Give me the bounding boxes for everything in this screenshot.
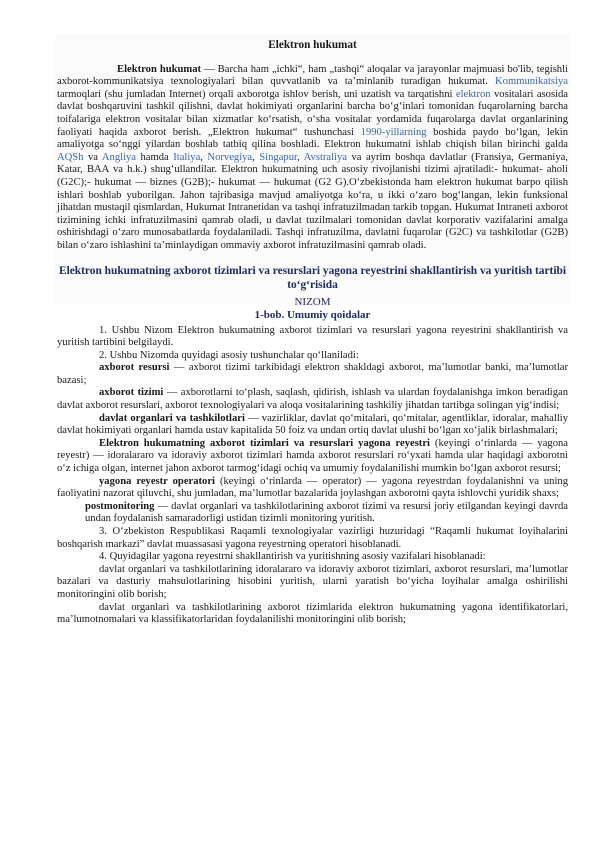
definition-term: yagona reyestr operatori xyxy=(99,476,215,487)
intro-link[interactable]: Angliya xyxy=(102,152,136,163)
definition-paragraph: axborot tizimi — axborotlarni to‘plash, … xyxy=(57,387,568,412)
intro-link[interactable]: Kommunikatsiya xyxy=(495,76,568,87)
definition-text: 1. Ushbu Nizom Elektron hukumatning axbo… xyxy=(57,325,568,349)
definition-paragraph: 2. Ushbu Nizomda quyidagi asosiy tushunc… xyxy=(57,350,568,363)
intro-text: — Barcha ham „ichki“, ham „tashqi“ aloqa… xyxy=(57,64,568,251)
intro-text-segment: tarmoqlari (shu jumladan Internet) orqal… xyxy=(57,89,456,100)
definition-term: davlat organlari va tashkilotlari xyxy=(99,413,245,424)
definition-term: axborot tizimi xyxy=(99,387,163,398)
intro-link[interactable]: elektron xyxy=(456,89,491,100)
provision-paragraph: davlat organlari va tashkilotlarining id… xyxy=(57,564,568,602)
intro-link[interactable]: AQSh xyxy=(57,152,84,163)
definition-paragraph: Elektron hukumatning axborot tizimlari v… xyxy=(57,438,568,476)
chapter-title: 1-bob. Umumiy qoidalar xyxy=(57,309,568,322)
provision-paragraph: davlat organlari va tashkilotlarining ax… xyxy=(57,602,568,627)
definition-paragraph: 1. Ushbu Nizom Elektron hukumatning axbo… xyxy=(57,325,568,350)
intro-link[interactable]: Avstraliya xyxy=(304,152,347,163)
intro-link[interactable]: 1990-yillarning xyxy=(361,127,427,138)
intro-text-segment: hamda xyxy=(136,152,173,163)
definition-text: 2. Ushbu Nizomda quyidagi asosiy tushunc… xyxy=(99,350,359,361)
intro-paragraph: Elektron hukumat — Barcha ham „ichki“, h… xyxy=(57,64,568,253)
postmonitoring-paragraph: postmonitoring — davlat organlari va tas… xyxy=(85,501,568,526)
provision-paragraph: 4. Quyidagilar yagona reyestrni shakllan… xyxy=(57,551,568,564)
intro-link[interactable]: Singapur xyxy=(259,152,297,163)
document-content: Elektron hukumat Elektron hukumat — Barc… xyxy=(57,36,568,627)
definition-term: axborot resursi xyxy=(99,362,169,373)
definition-paragraph: yagona reyestr operatori (keyingi o‘rinl… xyxy=(57,476,568,501)
postmonitoring-term: postmonitoring xyxy=(85,501,154,512)
intro-link[interactable]: Norvegiya xyxy=(207,152,252,163)
provision-paragraph: 3. O‘zbekiston Respublikasi Raqamli texn… xyxy=(57,526,568,551)
intro-text-segment: va ayrim boshqa davlatlar (Fransiya, Ger… xyxy=(57,152,568,251)
definition-paragraph: axborot resursi — axborot tizimi tarkibi… xyxy=(57,362,568,387)
intro-link[interactable]: Italiya xyxy=(173,152,200,163)
definitions-list: 1. Ushbu Nizom Elektron hukumatning axbo… xyxy=(57,325,568,501)
provisions-list: 3. O‘zbekiston Respublikasi Raqamli texn… xyxy=(57,526,568,627)
intro-text-segment: va xyxy=(84,152,102,163)
nizom-label: NIZOM xyxy=(57,296,568,309)
document-page: Elektron hukumat Elektron hukumat — Barc… xyxy=(0,0,596,842)
section-title: Elektron hukumatning axborot tizimlari v… xyxy=(57,264,568,292)
document-title: Elektron hukumat xyxy=(57,39,568,52)
definition-paragraph: davlat organlari va tashkilotlari — vazi… xyxy=(57,413,568,438)
postmonitoring-text: — davlat organlari va tashkilotlarining … xyxy=(85,501,568,525)
definition-term: Elektron hukumatning axborot tizimlari v… xyxy=(99,438,430,449)
intro-term: Elektron hukumat xyxy=(117,64,201,75)
